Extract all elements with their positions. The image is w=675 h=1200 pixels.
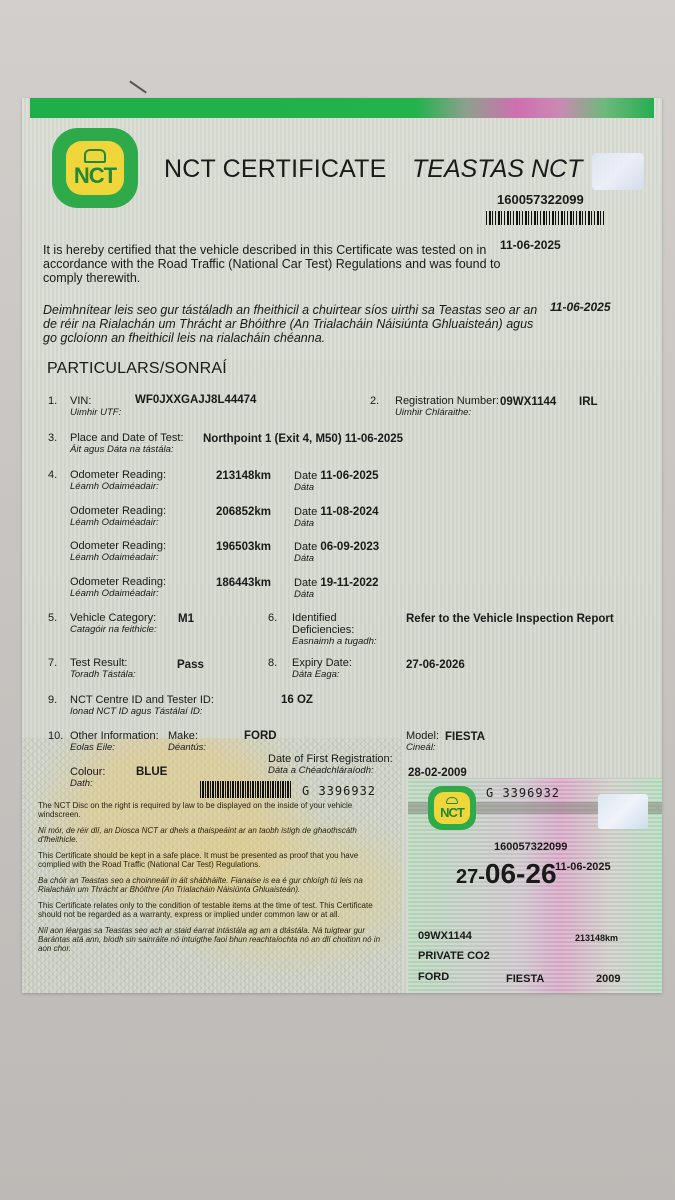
disc-hologram: [598, 794, 648, 829]
odometer-reading: 196503km: [216, 541, 271, 553]
odometer-reading: 213148km: [216, 470, 271, 482]
note-en: This Certificate relates only to the con…: [38, 901, 388, 919]
disc-nct-logo: NCT: [428, 786, 476, 830]
vin-label: VIN: Uimhir UTF:: [70, 395, 121, 419]
category-value: M1: [178, 613, 194, 625]
field-number: 10.: [48, 730, 63, 742]
particulars-heading: PARTICULARS/SONRAÍ: [47, 360, 227, 378]
colour-value: BLUE: [136, 766, 167, 778]
note-ga: Níl aon léargas sa Teastas seo ach ar st…: [38, 926, 388, 953]
odometer-date: Date 11-08-2024Dáta: [294, 506, 379, 530]
nct-logo-badge: NCT: [66, 141, 124, 195]
centre-value: 16 OZ: [281, 694, 313, 706]
field-number: 7.: [48, 657, 57, 669]
result-value: Pass: [177, 659, 204, 671]
disc-certificate-number: 160057322099: [494, 841, 567, 853]
odometer-label: Odometer Reading:Léamh Odaiméadair:: [70, 505, 166, 529]
disc-make: FORD: [418, 971, 449, 983]
disc-year: 2009: [596, 973, 620, 985]
title-english: NCT CERTIFICATE: [164, 155, 386, 184]
statement-english: It is hereby certified that the vehicle …: [43, 243, 543, 285]
place-date-value: Northpoint 1 (Exit 4, M50) 11-06-2025: [203, 433, 403, 445]
field-number: 9.: [48, 694, 57, 706]
odometer-label: Odometer Reading:Léamh Odaiméadair:: [70, 540, 166, 564]
disc-expiry: 27-06-26: [456, 858, 557, 890]
first-registration-label: Date of First Registration: Dáta a Chéad…: [268, 753, 393, 777]
car-icon: [446, 797, 458, 804]
category-label: Vehicle Category: Catagóir na feithicle:: [70, 612, 157, 636]
note-en: The NCT Disc on the right is required by…: [38, 801, 388, 819]
odometer-label: Odometer Reading:Léamh Odaiméadair:: [70, 469, 166, 493]
model-label: Model: Cineál:: [406, 730, 439, 754]
place-date-label: Place and Date of Test: Áit agus Dáta na…: [70, 432, 184, 456]
disc-odometer: 213148km: [575, 933, 618, 943]
statement-irish: Deimhnítear leis seo gur tástáladh an fh…: [43, 303, 543, 345]
other-info-label: Other Information: Eolas Eile:: [70, 730, 159, 754]
centre-label: NCT Centre ID and Tester ID: Ionad NCT I…: [70, 694, 214, 718]
serial-number: G 3396932: [302, 784, 376, 798]
nct-certificate: NCT NCT CERTIFICATE TEASTAS NCT 16005732…: [22, 98, 662, 993]
disc-model: FIESTA: [506, 973, 544, 985]
nct-logo: NCT: [52, 128, 138, 208]
odometer-label: Odometer Reading:Léamh Odaiméadair:: [70, 576, 166, 600]
hologram: [592, 153, 644, 190]
odometer-date: Date 06-09-2023Dáta: [294, 541, 379, 565]
registration-country: IRL: [579, 396, 598, 408]
make-label: Make: Déantús:: [168, 730, 206, 754]
vin-value: WF0JXXGAJJ8L44474: [135, 394, 256, 406]
odometer-date: Date 19-11-2022Dáta: [294, 577, 379, 601]
nct-disc: NCT G 3396932 160057322099 11-06-2025 27…: [408, 778, 662, 993]
disc-vehicle-type: PRIVATE CO2: [418, 950, 490, 962]
odometer-date: Date 11-06-2025Dáta: [294, 470, 379, 494]
field-number: 6.: [268, 612, 277, 624]
nct-logo-text: NCT: [74, 165, 116, 187]
disc-registration: 09WX1144: [418, 930, 472, 942]
colour-label: Colour: Dath:: [70, 766, 105, 790]
note-ga: Ba chóir an Teastas seo a choinneáil in …: [38, 876, 388, 894]
field-number: 4.: [48, 469, 57, 481]
security-strip: [30, 98, 654, 118]
registration-value: 09WX1144: [500, 396, 556, 408]
title-irish: TEASTAS NCT: [412, 155, 582, 184]
serial-barcode: [200, 781, 292, 798]
odometer-reading: 206852km: [216, 506, 271, 518]
field-number: 8.: [268, 657, 277, 669]
expiry-label: Expiry Date: Dáta Eaga:: [292, 657, 352, 681]
deficiencies-label: Identified Deficiencies: Easnaimh a tuga…: [292, 612, 377, 648]
disc-serial: G 3396932: [486, 786, 560, 800]
certificate-barcode: [486, 211, 606, 225]
field-number: 3.: [48, 432, 57, 444]
field-number: 2.: [370, 395, 379, 407]
disc-test-date: 11-06-2025: [555, 861, 611, 873]
statement-date-english: 11-06-2025: [500, 238, 561, 252]
note-en: This Certificate should be kept in a saf…: [38, 851, 388, 869]
expiry-value: 27-06-2026: [406, 659, 465, 671]
car-icon: [84, 149, 106, 163]
result-label: Test Result: Toradh Tástála:: [70, 657, 136, 681]
model-value: FIESTA: [445, 731, 485, 743]
odometer-reading: 186443km: [216, 577, 271, 589]
note-ga: Ní mór, de réir dlí, an Diosca NCT ar dh…: [38, 826, 388, 844]
field-number: 5.: [48, 612, 57, 624]
paper-mark: [129, 80, 147, 93]
certificate-number: 160057322099: [497, 192, 584, 207]
certificate-notes: The NCT Disc on the right is required by…: [38, 801, 388, 960]
statement-date-irish: 11-06-2025: [550, 300, 611, 314]
deficiencies-value: Refer to the Vehicle Inspection Report: [406, 613, 614, 625]
make-value: FORD: [244, 730, 277, 742]
field-number: 1.: [48, 395, 57, 407]
registration-label: Registration Number: Uimhir Chláraithe:: [395, 395, 499, 419]
